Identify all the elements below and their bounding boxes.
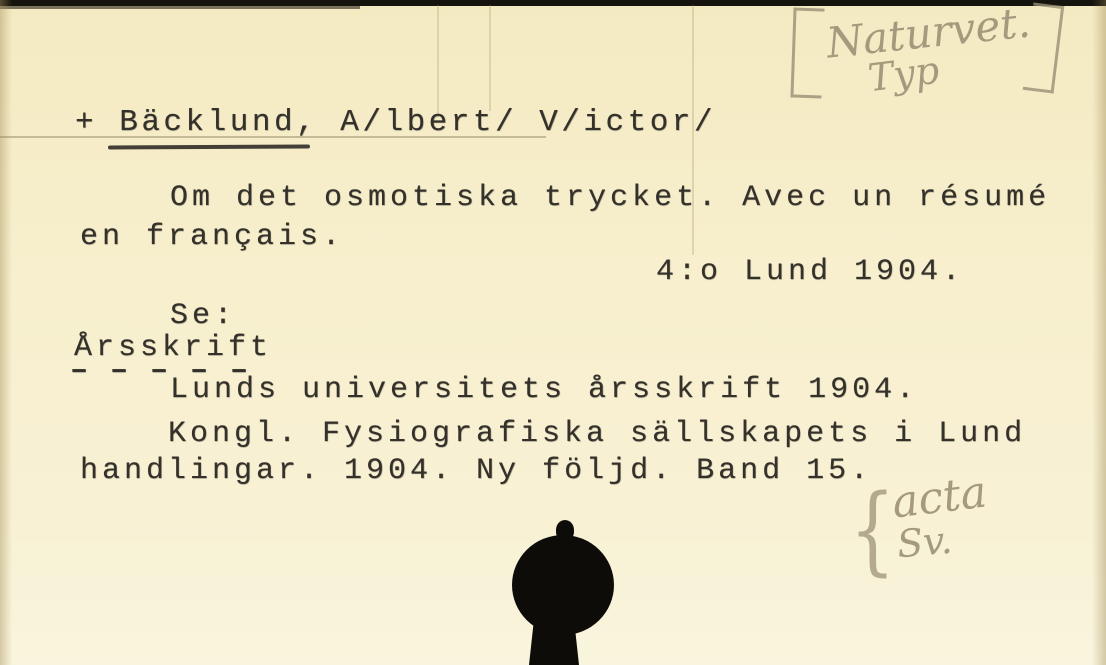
punch-hole-stem	[529, 610, 579, 665]
pencil-open-bracket-icon	[790, 7, 824, 98]
title-line-2: en français.	[80, 221, 344, 254]
scan-right-shadow	[1092, 0, 1106, 665]
paper-crease	[489, 5, 491, 111]
entry-symbol: +	[75, 105, 119, 140]
pencil-note-typ: Typ	[866, 48, 942, 100]
reference-line-2: Kongl. Fysiografiska sällskapets i Lund	[168, 418, 1026, 451]
heading-line: + Bäcklund, A/lbert/ V/ictor/	[75, 106, 716, 140]
author-surname: Bäcklund,	[119, 105, 318, 140]
title-line-1: Om det osmotiska trycket. Avec un résumé	[170, 182, 1050, 215]
pencil-note-sv: Sv.	[895, 518, 954, 567]
scan-top-edge-shadow	[0, 6, 360, 9]
see-label: Se:	[170, 300, 236, 333]
pencil-brace-icon: {	[850, 474, 896, 586]
imprint-line: 4:o Lund 1904.	[656, 256, 964, 289]
author-forenames: A/lbert/ V/ictor/	[318, 105, 716, 140]
reference-line-3: handlingar. 1904. Ny följd. Band 15.	[80, 455, 872, 488]
surname-underline	[108, 144, 310, 149]
scan-left-shadow	[0, 0, 12, 665]
reference-line-1: Lunds universitets årsskrift 1904.	[170, 374, 918, 407]
catalog-card: + Bäcklund, A/lbert/ V/ictor/ Om det osm…	[0, 0, 1106, 665]
paper-crease	[437, 5, 439, 117]
